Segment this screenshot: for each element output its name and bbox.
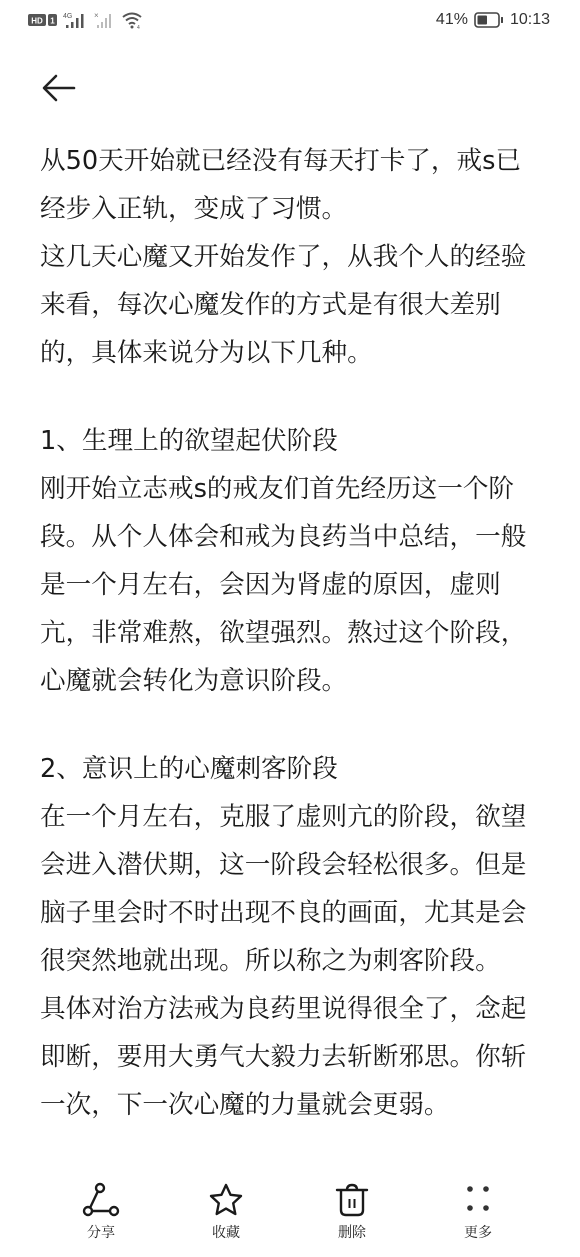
text-line: 心魔就会转化为意识阶段。: [40, 657, 550, 705]
article-body: 从50天开始就已经没有每天打卡了，戒s已 经步入正轨，变成了习惯。 这几天心魔又…: [40, 137, 550, 1129]
more-label: 更多: [464, 1224, 492, 1242]
trash-icon: [332, 1180, 372, 1220]
favorite-label: 收藏: [212, 1224, 240, 1242]
delete-button[interactable]: 删除: [307, 1180, 397, 1252]
text-line: 刚开始立志戒s的戒友们首先经历这一个阶: [40, 465, 550, 513]
signal-4g-icon: 4G: [63, 11, 89, 29]
favorite-button[interactable]: 收藏: [181, 1180, 271, 1252]
no-signal-icon: ×: [94, 11, 116, 29]
more-button[interactable]: 更多: [433, 1180, 523, 1252]
hd-volte-icon: HD 1: [28, 13, 58, 27]
text-line: 这几天心魔又开始发作了，从我个人的经验: [40, 233, 550, 281]
status-bar: HD 1 4G ×: [0, 0, 580, 44]
paragraph-intro: 从50天开始就已经没有每天打卡了，戒s已 经步入正轨，变成了习惯。 这几天心魔又…: [40, 137, 550, 377]
clock-time: 10:13: [510, 11, 550, 29]
text-line: 很突然地就出现。所以称之为刺客阶段。: [40, 937, 550, 985]
share-label: 分享: [87, 1224, 115, 1242]
paragraph-section-2: 2、意识上的心魔刺客阶段 在一个月左右，克服了虚则亢的阶段，欲望 会进入潜伏期，…: [40, 745, 550, 1129]
svg-text:4: 4: [137, 25, 140, 29]
share-button[interactable]: 分享: [56, 1180, 146, 1252]
bottom-toolbar: 分享 收藏 删除: [0, 1170, 580, 1257]
arrow-left-icon: [40, 73, 76, 103]
paragraph-gap: [40, 705, 550, 745]
svg-text:4G: 4G: [63, 13, 72, 20]
wifi-icon: 4: [121, 11, 145, 29]
share-icon: [81, 1180, 121, 1220]
text-line: 脑子里会时不时出现不良的画面，尤其是会: [40, 889, 550, 937]
more-dots-icon: [458, 1180, 498, 1220]
status-indicators: HD 1 4G ×: [28, 10, 145, 30]
svg-text:HD: HD: [31, 17, 43, 26]
delete-label: 删除: [338, 1224, 366, 1242]
text-line: 从50天开始就已经没有每天打卡了，戒s已: [40, 137, 550, 185]
battery-percent: 41%: [436, 11, 468, 29]
battery-icon: [474, 12, 504, 28]
text-line: 即断，要用大勇气大毅力去斩断邪思。你斩: [40, 1033, 550, 1081]
text-line: 经步入正轨，变成了习惯。: [40, 185, 550, 233]
paragraph-gap: [40, 377, 550, 417]
text-line: 亢，非常难熬，欲望强烈。熬过这个阶段，: [40, 609, 550, 657]
back-button[interactable]: [36, 68, 80, 108]
section-heading: 1、生理上的欲望起伏阶段: [40, 417, 550, 465]
text-line: 是一个月左右，会因为肾虚的原因，虚则: [40, 561, 550, 609]
svg-text:1: 1: [50, 17, 55, 26]
text-line: 段。从个人体会和戒为良药当中总结，一般: [40, 513, 550, 561]
star-icon: [206, 1180, 246, 1220]
section-heading: 2、意识上的心魔刺客阶段: [40, 745, 550, 793]
status-right: 41% 10:13: [436, 9, 550, 31]
text-line: 一次，下一次心魔的力量就会更弱。: [40, 1081, 550, 1129]
text-line: 的，具体来说分为以下几种。: [40, 329, 550, 377]
text-line: 会进入潜伏期，这一阶段会轻松很多。但是: [40, 841, 550, 889]
paragraph-section-1: 1、生理上的欲望起伏阶段 刚开始立志戒s的戒友们首先经历这一个阶 段。从个人体会…: [40, 417, 550, 705]
text-line: 来看，每次心魔发作的方式是有很大差别: [40, 281, 550, 329]
text-line: 在一个月左右，克服了虚则亢的阶段，欲望: [40, 793, 550, 841]
svg-text:×: ×: [94, 11, 99, 20]
text-line: 具体对治方法戒为良药里说得很全了，念起: [40, 985, 550, 1033]
